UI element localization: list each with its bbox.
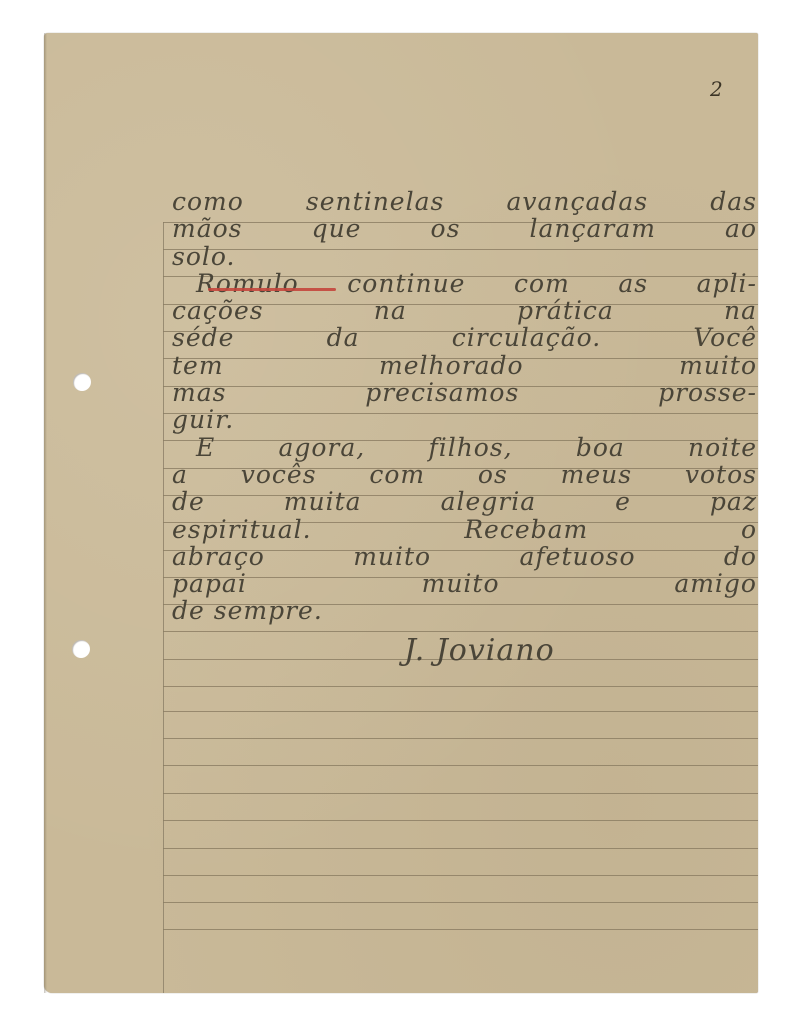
- letter-line: espiritual. Recebam o: [172, 516, 757, 543]
- paper-edge-shadow: [44, 33, 47, 993]
- ruled-line: [163, 738, 758, 739]
- letter-line: Romulo continue com as apli-: [172, 270, 757, 297]
- page-number: 2: [710, 77, 723, 101]
- ruled-line: [163, 765, 758, 766]
- letter-line: papai muito amigo: [172, 570, 757, 597]
- ruled-line: [163, 820, 758, 821]
- red-underline-romulo: [208, 288, 336, 291]
- letter-line: mas precisamos prosse-: [172, 379, 757, 406]
- ruled-line: [163, 902, 758, 903]
- letter-line: séde da circulação. Você: [172, 324, 757, 351]
- ruled-line: [163, 686, 758, 687]
- ruled-line: [163, 793, 758, 794]
- ruled-line: [163, 848, 758, 849]
- letter-line: de sempre.: [172, 597, 757, 624]
- letter-line: guir.: [172, 406, 757, 433]
- ruled-line: [163, 875, 758, 876]
- ruled-line: [163, 711, 758, 712]
- letter-page: 2 como sentinelas avançadas das mãos que…: [44, 33, 758, 993]
- letter-line: solo.: [172, 243, 757, 270]
- letter-line: a vocês com os meus votos: [172, 461, 757, 488]
- signature: J. Joviano: [404, 633, 555, 668]
- letter-line: cações na prática na: [172, 297, 757, 324]
- margin-line: [163, 222, 164, 993]
- letter-line: E agora, filhos, boa noite: [172, 434, 757, 461]
- letter-line: tem melhorado muito: [172, 352, 757, 379]
- ruled-line: [163, 631, 758, 632]
- letter-line: de muita alegria e paz: [172, 488, 757, 515]
- hole-punch-bottom: [72, 640, 90, 658]
- letter-body: como sentinelas avançadas das mãos que o…: [172, 188, 757, 625]
- letter-line: mãos que os lançaram ao: [172, 215, 757, 242]
- letter-line: como sentinelas avançadas das: [172, 188, 757, 215]
- hole-punch-top: [73, 373, 91, 391]
- letter-line: abraço muito afetuoso do: [172, 543, 757, 570]
- ruled-line: [163, 929, 758, 930]
